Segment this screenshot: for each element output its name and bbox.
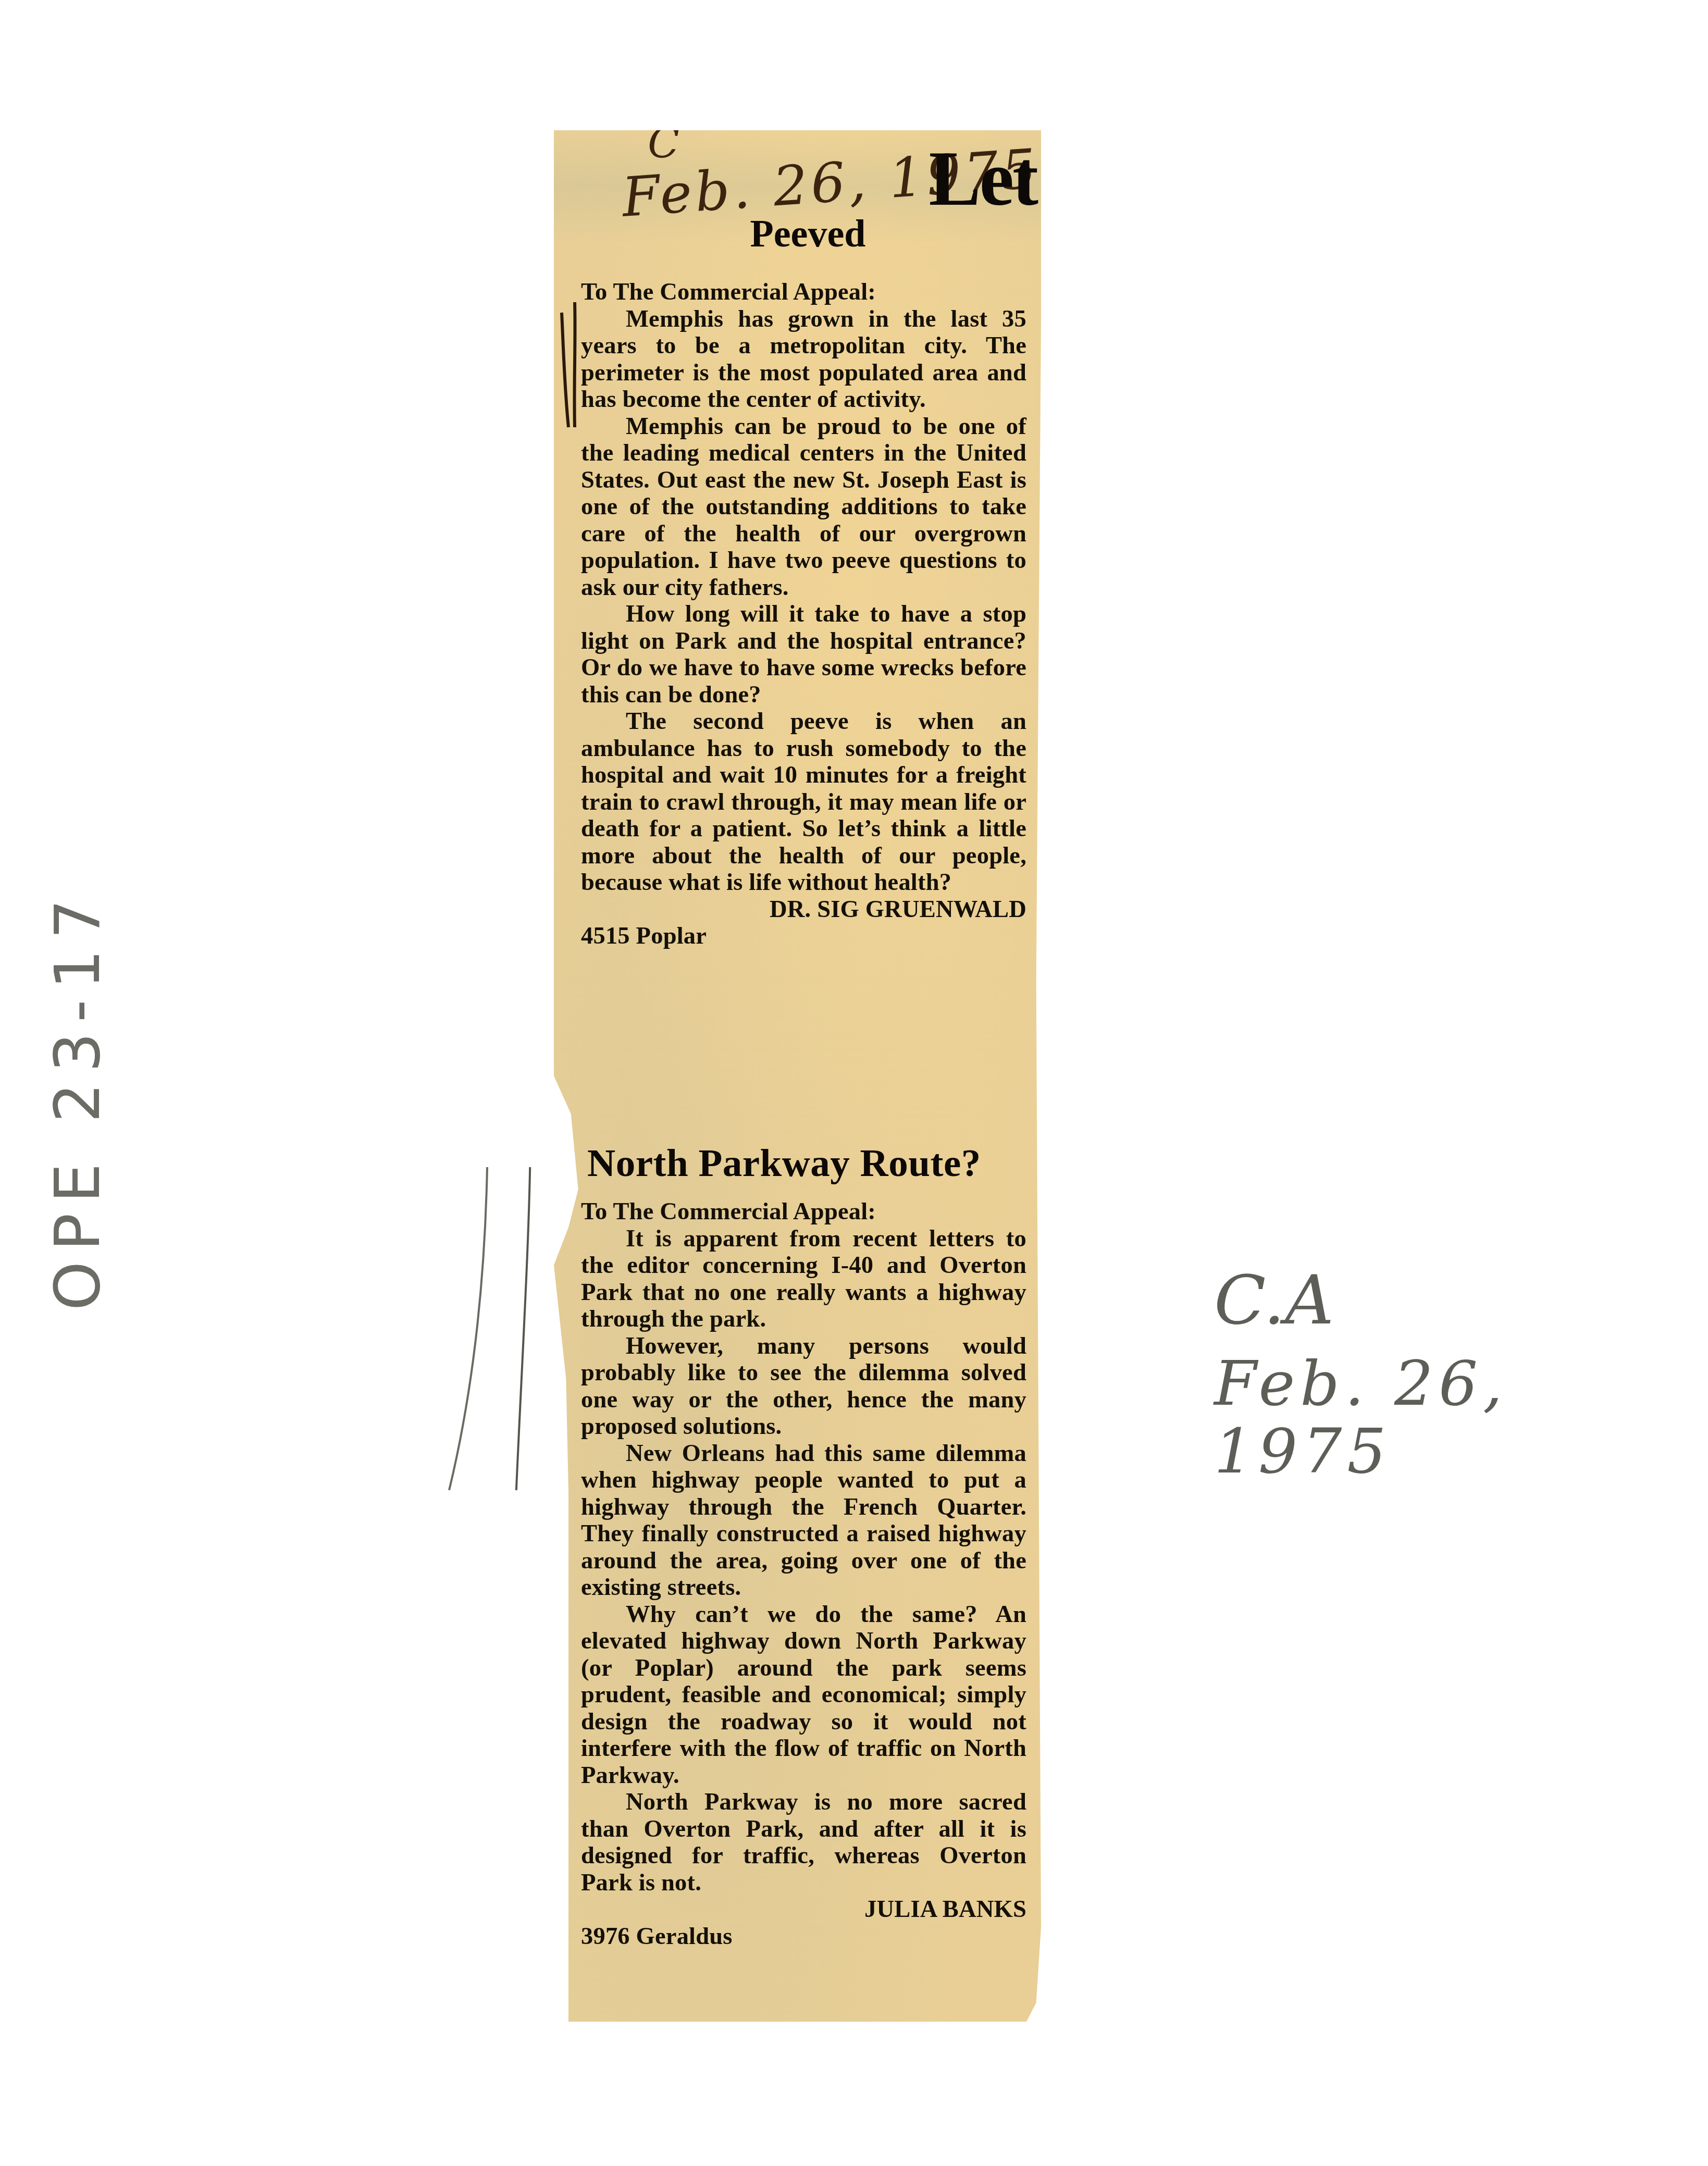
letter-1-paragraph: The second peeve is when an ambulance ha… bbox=[581, 708, 1026, 896]
letter-1-headline: Peeved bbox=[554, 212, 1041, 256]
newspaper-clipping: C Feb. 26, 1975 Let Peeved To The Commer… bbox=[554, 130, 1041, 2022]
letter-1-paragraph: Memphis has grown in the last 35 years t… bbox=[581, 306, 1026, 413]
letter-2-paragraph: However, many persons would probably lik… bbox=[581, 1333, 1026, 1440]
letter-1-address: 4515 Poplar bbox=[581, 923, 1026, 950]
source-abbreviation: C.A bbox=[1214, 1261, 1579, 1339]
pencil-archive-code: OPE 23-17 bbox=[21, 896, 135, 1303]
letter-2-body: To The Commercial Appeal: It is apparent… bbox=[581, 1198, 1026, 1950]
letter-2-address: 3976 Geraldus bbox=[581, 1923, 1026, 1950]
letter-1-paragraph: Memphis can be proud to be one of the le… bbox=[581, 413, 1026, 601]
letter-2-paragraph: New Orleans had this same dilemma when h… bbox=[581, 1440, 1026, 1601]
letter-1-body: To The Commercial Appeal: Memphis has gr… bbox=[581, 279, 1026, 950]
letter-1-signature: DR. SIG GRUENWALD bbox=[581, 896, 1026, 923]
pencil-margin-lines bbox=[448, 1167, 552, 1490]
letter-1-salutation: To The Commercial Appeal: bbox=[581, 279, 1026, 306]
archive-code-text: OPE 23-17 bbox=[42, 888, 115, 1310]
letter-1-paragraph: How long will it take to have a stop lig… bbox=[581, 601, 1026, 708]
letter-2-signature: JULIA BANKS bbox=[581, 1896, 1026, 1923]
letter-2-paragraph: Why can’t we do the same? An elevated hi… bbox=[581, 1601, 1026, 1789]
source-date: Feb. 26, 1975 bbox=[1214, 1350, 1579, 1485]
letter-2-paragraph: North Parkway is no more sacred than Ove… bbox=[581, 1789, 1026, 1896]
section-heading-fragment: Let bbox=[929, 140, 1037, 218]
letter-2-salutation: To The Commercial Appeal: bbox=[581, 1198, 1026, 1226]
ink-margin-marks bbox=[533, 281, 580, 438]
ink-mark-top: C bbox=[648, 119, 679, 167]
letter-2-headline: North Parkway Route? bbox=[587, 1141, 981, 1186]
pencil-source-note: C.A Feb. 26, 1975 bbox=[1214, 1261, 1579, 1485]
letter-2-paragraph: It is apparent from recent letters to th… bbox=[581, 1226, 1026, 1333]
